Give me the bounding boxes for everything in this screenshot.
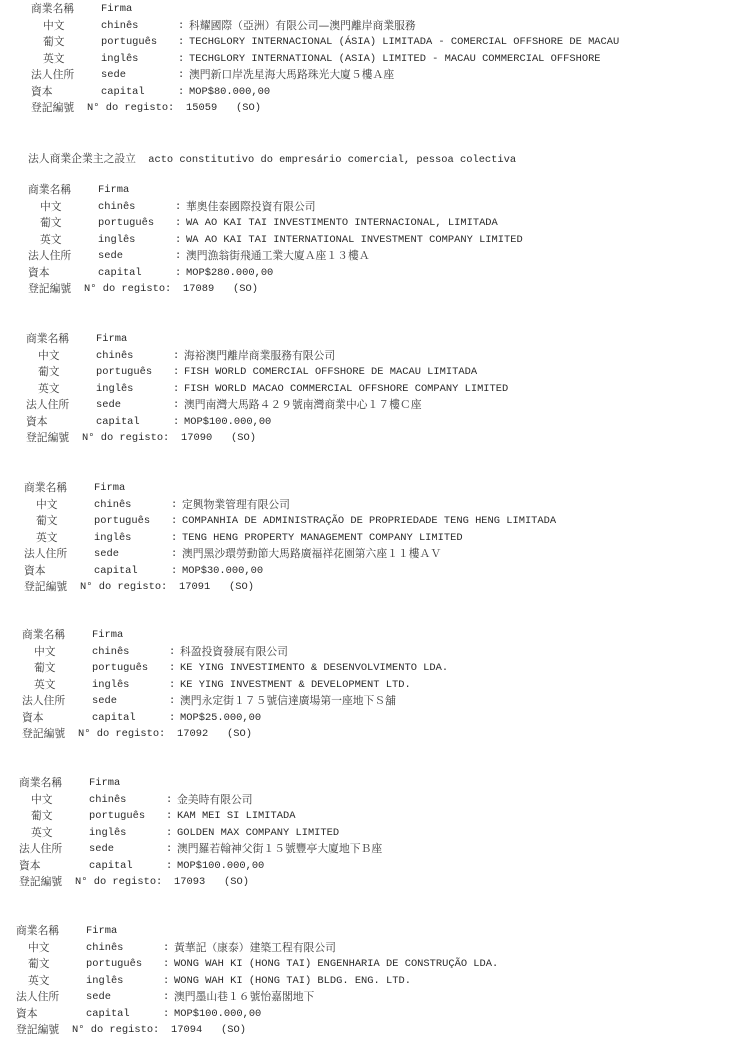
chines-value: 華奧佳泰國際投資有限公司 — [186, 199, 316, 216]
colon: : — [173, 381, 179, 398]
portugues-label-pt: português — [94, 513, 150, 530]
ingles-label-pt: inglês — [94, 530, 131, 547]
chines-label-pt: chinês — [92, 644, 129, 661]
chines-label-zh: 中文 — [36, 497, 58, 514]
registry-page: 商業名稱 Firma 中文 chinês : 科耀國際（亞洲）有限公司—澳門離岸… — [0, 0, 746, 1059]
colon: : — [166, 841, 172, 858]
registo-label-zh: 登記編號 — [22, 726, 65, 743]
sede-value: 澳門羅若翰神父街１５號豐亭大廈地下Ｂ座 — [177, 841, 382, 858]
ingles-label-pt: inglês — [89, 825, 126, 842]
ingles-label-zh: 英文 — [31, 825, 53, 842]
ingles-label-pt: inglês — [96, 381, 133, 398]
firma-label-pt: Firma — [96, 331, 127, 348]
capital-value: MOP$25.000,00 — [180, 710, 261, 727]
colon: : — [171, 497, 177, 514]
capital-label-pt: capital — [92, 710, 136, 727]
ingles-value: WA AO KAI TAI INTERNATIONAL INVESTMENT C… — [186, 232, 523, 249]
registo-label-pt: N° do registo: — [80, 579, 167, 596]
section-heading-zh: 法人商業企業主之設立 — [28, 152, 136, 165]
portugues-value: KE YING INVESTIMENTO & DESENVOLVIMENTO L… — [180, 660, 448, 677]
portugues-label-zh: 葡文 — [28, 956, 50, 973]
sede-label-zh: 法人住所 — [28, 248, 71, 265]
colon: : — [166, 825, 172, 842]
firma-label-zh: 商業名稱 — [22, 627, 65, 644]
ingles-value: TECHGLORY INTERNATIONAL (ASIA) LIMITED -… — [189, 51, 601, 68]
capital-value: MOP$30.000,00 — [182, 563, 263, 580]
ingles-label-zh: 英文 — [40, 232, 62, 249]
registo-label-zh: 登記編號 — [16, 1022, 59, 1039]
firma-label-pt: Firma — [101, 1, 132, 18]
section-heading: 法人商業企業主之設立 acto constitutivo do empresár… — [28, 151, 516, 168]
ingles-label-pt: inglês — [98, 232, 135, 249]
sede-label-pt: sede — [101, 67, 126, 84]
capital-label-pt: capital — [94, 563, 138, 580]
chines-label-pt: chinês — [89, 792, 126, 809]
capital-label-pt: capital — [86, 1006, 130, 1023]
chines-label-zh: 中文 — [31, 792, 53, 809]
chines-value: 海裕澳門離岸商業服務有限公司 — [184, 348, 335, 365]
chines-label-zh: 中文 — [28, 940, 50, 957]
sede-value: 澳門墨山巷１６號怡嘉閣地下 — [174, 989, 314, 1006]
colon: : — [163, 940, 169, 957]
firma-label-pt: Firma — [94, 480, 125, 497]
chines-value: 科盈投資發展有限公司 — [180, 644, 288, 661]
ingles-label-pt: inglês — [92, 677, 129, 694]
sede-label-pt: sede — [86, 989, 111, 1006]
sede-value: 澳門新口岸冼星海大馬路珠光大廈５樓Ａ座 — [189, 67, 394, 84]
ingles-value: GOLDEN MAX COMPANY LIMITED — [177, 825, 339, 842]
portugues-value: WA AO KAI TAI INVESTIMENTO INTERNACIONAL… — [186, 215, 498, 232]
ingles-label-zh: 英文 — [34, 677, 56, 694]
registo-number: 17092 — [177, 726, 208, 743]
sede-label-pt: sede — [89, 841, 114, 858]
firma-label-zh: 商業名稱 — [16, 923, 59, 940]
firma-label-zh: 商業名稱 — [19, 775, 62, 792]
registo-label-pt: N° do registo: — [72, 1022, 159, 1039]
registo-label-zh: 登記編號 — [31, 100, 74, 117]
chines-value: 科耀國際（亞洲）有限公司—澳門離岸商業服務 — [189, 18, 416, 35]
firma-label-pt: Firma — [89, 775, 120, 792]
registo-number: 17090 — [181, 430, 212, 447]
registo-type: (SO) — [231, 430, 256, 447]
sede-label-zh: 法人住所 — [31, 67, 74, 84]
colon: : — [169, 710, 175, 727]
registo-label-zh: 登記編號 — [19, 874, 62, 891]
portugues-label-pt: português — [101, 34, 157, 51]
sede-label-zh: 法人住所 — [16, 989, 59, 1006]
registo-type: (SO) — [236, 100, 261, 117]
ingles-label-pt: inglês — [101, 51, 138, 68]
registo-label-zh: 登記編號 — [26, 430, 69, 447]
chines-label-pt: chinês — [86, 940, 123, 957]
chines-value: 定興物業管理有限公司 — [182, 497, 290, 514]
registo-number: 15059 — [186, 100, 217, 117]
sede-value: 澳門黑沙環勞動節大馬路廣福祥花園第六座１１樓ＡＶ — [182, 546, 441, 563]
colon: : — [163, 973, 169, 990]
firma-label-pt: Firma — [92, 627, 123, 644]
registo-type: (SO) — [229, 579, 254, 596]
capital-value: MOP$100.000,00 — [174, 1006, 261, 1023]
portugues-label-zh: 葡文 — [31, 808, 53, 825]
registo-number: 17089 — [183, 281, 214, 298]
registo-label-pt: N° do registo: — [78, 726, 165, 743]
ingles-value: FISH WORLD MACAO COMMERCIAL OFFSHORE COM… — [184, 381, 508, 398]
sede-label-zh: 法人住所 — [19, 841, 62, 858]
registo-label-pt: N° do registo: — [84, 281, 171, 298]
colon: : — [178, 67, 184, 84]
registo-type: (SO) — [227, 726, 252, 743]
colon: : — [175, 215, 181, 232]
capital-label-zh: 資本 — [28, 265, 50, 282]
ingles-label-pt: inglês — [86, 973, 123, 990]
registo-label-pt: N° do registo: — [75, 874, 162, 891]
portugues-label-pt: português — [89, 808, 145, 825]
capital-label-pt: capital — [96, 414, 140, 431]
chines-label-zh: 中文 — [34, 644, 56, 661]
colon: : — [171, 563, 177, 580]
colon: : — [166, 808, 172, 825]
firma-label-zh: 商業名稱 — [31, 1, 74, 18]
portugues-value: FISH WORLD COMERCIAL OFFSHORE DE MACAU L… — [184, 364, 477, 381]
colon: : — [171, 513, 177, 530]
registo-number: 17091 — [179, 579, 210, 596]
colon: : — [175, 199, 181, 216]
registo-number: 17094 — [171, 1022, 202, 1039]
colon: : — [169, 644, 175, 661]
registo-type: (SO) — [221, 1022, 246, 1039]
chines-value: 黃華記（康泰）建築工程有限公司 — [174, 940, 336, 957]
ingles-value: WONG WAH KI (HONG TAI) BLDG. ENG. LTD. — [174, 973, 411, 990]
ingles-label-zh: 英文 — [43, 51, 65, 68]
capital-label-pt: capital — [98, 265, 142, 282]
sede-value: 澳門南灣大馬路４２９號南灣商業中心１７樓Ｃ座 — [184, 397, 422, 414]
firma-label-zh: 商業名稱 — [26, 331, 69, 348]
capital-value: MOP$100.000,00 — [184, 414, 271, 431]
colon: : — [175, 265, 181, 282]
ingles-value: TENG HENG PROPERTY MANAGEMENT COMPANY LI… — [182, 530, 463, 547]
ingles-label-zh: 英文 — [38, 381, 60, 398]
portugues-value: TECHGLORY INTERNACIONAL (ÁSIA) LIMITADA … — [189, 34, 619, 51]
colon: : — [173, 414, 179, 431]
chines-label-zh: 中文 — [43, 18, 65, 35]
colon: : — [171, 530, 177, 547]
capital-label-zh: 資本 — [31, 84, 53, 101]
colon: : — [169, 660, 175, 677]
colon: : — [178, 51, 184, 68]
capital-label-zh: 資本 — [22, 710, 44, 727]
colon: : — [171, 546, 177, 563]
registo-label-zh: 登記編號 — [28, 281, 71, 298]
sede-label-zh: 法人住所 — [22, 693, 65, 710]
chines-label-pt: chinês — [96, 348, 133, 365]
registo-label-zh: 登記編號 — [24, 579, 67, 596]
chines-label-zh: 中文 — [40, 199, 62, 216]
sede-label-pt: sede — [98, 248, 123, 265]
ingles-label-zh: 英文 — [28, 973, 50, 990]
portugues-value: KAM MEI SI LIMITADA — [177, 808, 295, 825]
chines-label-pt: chinês — [98, 199, 135, 216]
portugues-label-pt: português — [96, 364, 152, 381]
chines-label-pt: chinês — [94, 497, 131, 514]
capital-label-zh: 資本 — [24, 563, 46, 580]
colon: : — [178, 84, 184, 101]
capital-label-zh: 資本 — [26, 414, 48, 431]
portugues-label-zh: 葡文 — [34, 660, 56, 677]
firma-label-zh: 商業名稱 — [28, 182, 71, 199]
colon: : — [166, 792, 172, 809]
portugues-label-zh: 葡文 — [43, 34, 65, 51]
registo-type: (SO) — [233, 281, 258, 298]
sede-label-pt: sede — [94, 546, 119, 563]
colon: : — [173, 397, 179, 414]
portugues-label-zh: 葡文 — [40, 215, 62, 232]
colon: : — [178, 18, 184, 35]
portugues-value: COMPANHIA DE ADMINISTRAÇÃO DE PROPRIEDAD… — [182, 513, 556, 530]
colon: : — [175, 248, 181, 265]
colon: : — [173, 364, 179, 381]
registo-type: (SO) — [224, 874, 249, 891]
portugues-label-pt: português — [86, 956, 142, 973]
chines-label-zh: 中文 — [38, 348, 60, 365]
colon: : — [163, 1006, 169, 1023]
capital-value: MOP$80.000,00 — [189, 84, 270, 101]
chines-label-pt: chinês — [101, 18, 138, 35]
capital-label-zh: 資本 — [16, 1006, 38, 1023]
portugues-label-zh: 葡文 — [36, 513, 58, 530]
ingles-label-zh: 英文 — [36, 530, 58, 547]
colon: : — [163, 989, 169, 1006]
portugues-value: WONG WAH KI (HONG TAI) ENGENHARIA DE CON… — [174, 956, 498, 973]
firma-label-pt: Firma — [86, 923, 117, 940]
sede-label-pt: sede — [92, 693, 117, 710]
colon: : — [166, 858, 172, 875]
capital-value: MOP$100.000,00 — [177, 858, 264, 875]
registo-number: 17093 — [174, 874, 205, 891]
portugues-label-zh: 葡文 — [38, 364, 60, 381]
registo-label-pt: N° do registo: — [87, 100, 174, 117]
sede-label-zh: 法人住所 — [26, 397, 69, 414]
section-heading-pt: acto constitutivo do empresário comercia… — [148, 154, 516, 166]
colon: : — [169, 677, 175, 694]
colon: : — [163, 956, 169, 973]
capital-label-zh: 資本 — [19, 858, 41, 875]
capital-value: MOP$280.000,00 — [186, 265, 273, 282]
firma-label-zh: 商業名稱 — [24, 480, 67, 497]
portugues-label-pt: português — [92, 660, 148, 677]
chines-value: 金美時有限公司 — [177, 792, 253, 809]
capital-label-pt: capital — [101, 84, 145, 101]
portugues-label-pt: português — [98, 215, 154, 232]
capital-label-pt: capital — [89, 858, 133, 875]
sede-label-pt: sede — [96, 397, 121, 414]
colon: : — [178, 34, 184, 51]
colon: : — [175, 232, 181, 249]
sede-value: 澳門永定街１７５號信達廣場第一座地下Ｓ舖 — [180, 693, 396, 710]
ingles-value: KE YING INVESTMENT & DEVELOPMENT LTD. — [180, 677, 411, 694]
colon: : — [169, 693, 175, 710]
firma-label-pt: Firma — [98, 182, 129, 199]
registo-label-pt: N° do registo: — [82, 430, 169, 447]
sede-label-zh: 法人住所 — [24, 546, 67, 563]
sede-value: 澳門漁翁街飛通工業大廈Ａ座１３樓Ａ — [186, 248, 370, 265]
colon: : — [173, 348, 179, 365]
